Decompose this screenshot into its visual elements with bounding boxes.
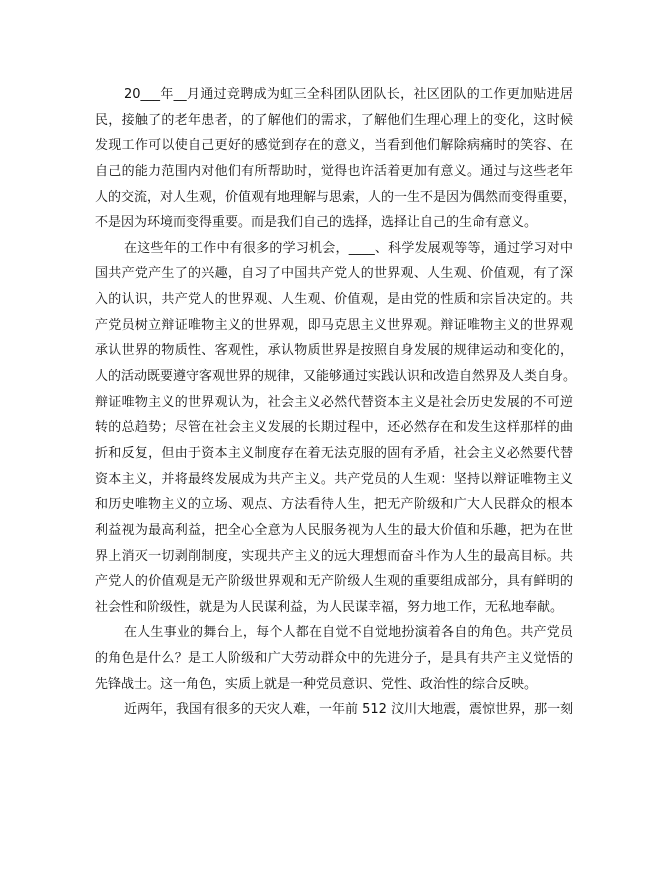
text-line: 利益视为最高利益，把全心全意为人民服务视为人生的最大价值和乐趣，把为在世: [95, 522, 573, 548]
text-line: 发现工作可以使自己更好的感觉到存在的意义，当看到他们解除病痛时的笑容、在: [95, 137, 573, 163]
text-line: 民，接触了的老年患者，的了解他们的需求，了解他们生理心理上的变化，这时候: [95, 112, 573, 138]
paragraph-2: 在这些年的工作中有很多的学习机会，____、科学发展观等等，通过学习对中 国共产…: [95, 240, 573, 625]
paragraph-3: 在人生事业的舞台上，每个人都在自觉不自觉地扮演着各自的角色。共产党员 的角色是什…: [95, 624, 573, 701]
paragraph-1: 20___年__月通过竞聘成为虹三全科团队团队长，社区团队的工作更加贴进居 民，…: [95, 86, 573, 240]
text-line: 转的总趋势；尽管在社会主义发展的长期过程中，还必然存在和发生这样那样的曲: [95, 419, 573, 445]
text-line: 产党员树立辩证唯物主义的世界观，即马克思主义世界观。辩证唯物主义的世界观: [95, 317, 573, 343]
text-line: 人的交流，对人生观，价值观有地理解与思索，人的一生不是因为偶然而变得重要，: [95, 189, 573, 215]
text-line: 辩证唯物主义的世界观认为，社会主义必然代替资本主义是社会历史发展的不可逆: [95, 394, 573, 420]
text-line: 的角色是什么？是工人阶级和广大劳动群众中的先进分子，是具有共产主义觉悟的: [95, 650, 573, 676]
text-line: 人的活动既要遵守客观世界的规律，又能够通过实践认识和改造自然界及人类自身。: [95, 368, 573, 394]
text-line: 不是因为环境而变得重要。而是我们自己的选择，选择让自己的生命有意义。: [95, 214, 573, 240]
text-line: 社会性和阶级性，就是为人民谋利益，为人民谋幸福，努力地工作，无私地奉献。: [95, 599, 573, 625]
text-line: 在这些年的工作中有很多的学习机会，____、科学发展观等等，通过学习对中: [95, 240, 573, 266]
text-line: 承认世界的物质性、客观性，承认物质世界是按照自身发展的规律运动和变化的，: [95, 342, 573, 368]
text-line: 国共产党产生了的兴趣，自习了中国共产党人的世界观、人生观、价值观，有了深: [95, 265, 573, 291]
text-line: 资本主义，并将最终发展成为共产主义。共产党员的人生观：坚持以辩证唯物主义: [95, 471, 573, 497]
text-line: 先锋战士。这一角色，实质上就是一种党员意识、党性、政治性的综合反映。: [95, 676, 573, 702]
document-page: 20___年__月通过竞聘成为虹三全科团队团队长，社区团队的工作更加贴进居 民，…: [95, 86, 573, 727]
text-line: 界上消灭一切剥削制度，实现共产主义的远大理想而奋斗作为人生的最高目标。共: [95, 548, 573, 574]
text-line: 近两年，我国有很多的天灾人难，一年前 512 汶川大地震，震惊世界，那一刻: [95, 701, 573, 727]
text-line: 折和反复，但由于资本主义制度存在着无法克服的固有矛盾，社会主义必然要代替: [95, 445, 573, 471]
text-line: 在人生事业的舞台上，每个人都在自觉不自觉地扮演着各自的角色。共产党员: [95, 624, 573, 650]
text-line: 20___年__月通过竞聘成为虹三全科团队团队长，社区团队的工作更加贴进居: [95, 86, 573, 112]
text-line: 自己的能力范围内对他们有所帮助时，觉得也许活着更加有意义。通过与这些老年: [95, 163, 573, 189]
text-line: 产党人的价值观是无产阶级世界观和无产阶级人生观的重要组成部分，具有鲜明的: [95, 573, 573, 599]
text-line: 和历史唯物主义的立场、观点、方法看待人生，把无产阶级和广大人民群众的根本: [95, 496, 573, 522]
paragraph-4: 近两年，我国有很多的天灾人难，一年前 512 汶川大地震，震惊世界，那一刻: [95, 701, 573, 727]
text-line: 入的认识，共产党人的世界观、人生观、价值观，是由党的性质和宗旨决定的。共: [95, 291, 573, 317]
